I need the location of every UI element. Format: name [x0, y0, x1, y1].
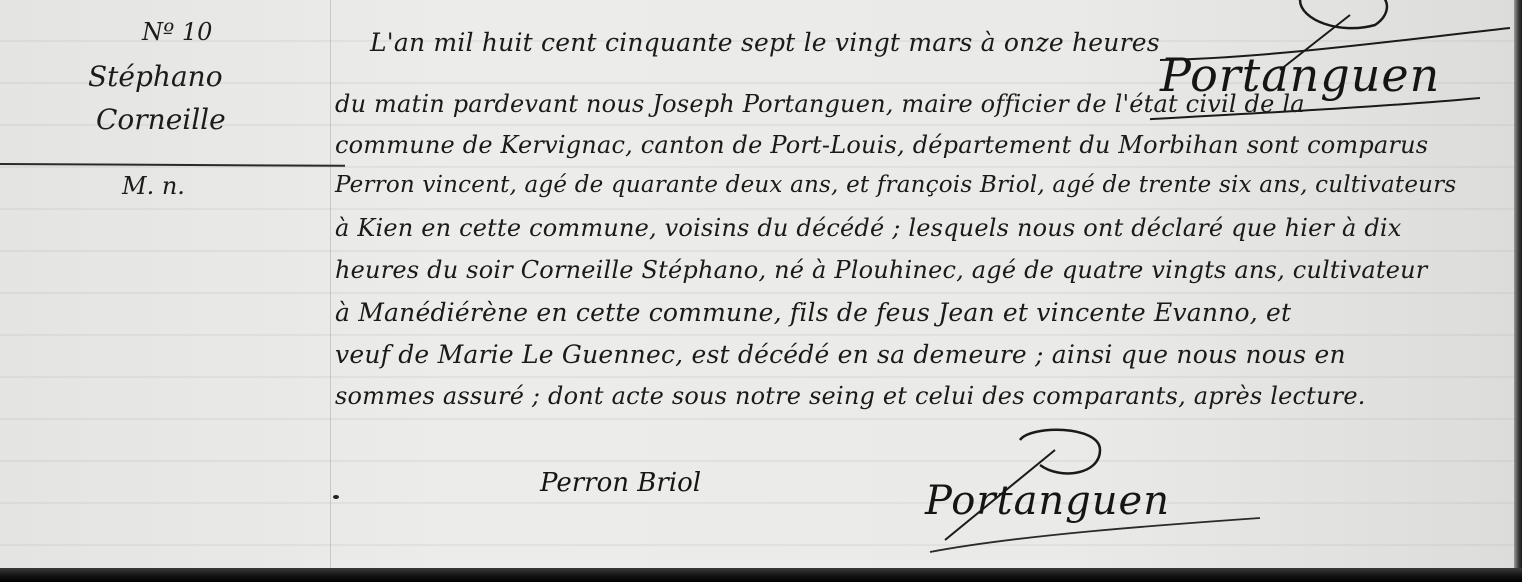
register-page: Nº 10 Stéphano Corneille M. n. L'an mil … — [0, 0, 1522, 582]
scan-right-edge — [1514, 0, 1522, 582]
witness-signatures: Perron Briol — [540, 468, 701, 498]
margin-rule — [330, 0, 331, 568]
scan-bottom-edge — [0, 568, 1522, 582]
act-line-6: heures du soir Corneille Stéphano, né à … — [335, 256, 1427, 284]
margin-mention: M. n. — [122, 172, 185, 200]
act-line-1: L'an mil huit cent cinquante sept le vin… — [370, 28, 1160, 57]
mayor-signature: Portanguen — [925, 478, 1170, 524]
margin-signature: Portanguen — [1160, 48, 1440, 102]
act-line-3: commune de Kervignac, canton de Port-Lou… — [335, 131, 1428, 159]
act-line-4: Perron vincent, agé de quarante deux ans… — [335, 172, 1456, 198]
act-line-5: à Kien en cette commune, voisins du décé… — [335, 214, 1402, 242]
act-line-9: sommes assuré ; dont acte sous notre sei… — [335, 382, 1366, 410]
deceased-surname: Corneille — [96, 103, 226, 136]
act-line-7: à Manédiérène en cette commune, fils de … — [335, 298, 1291, 327]
deceased-given-name: Stéphano — [88, 60, 223, 93]
entry-number: Nº 10 — [142, 18, 212, 46]
ink-dot — [333, 495, 339, 499]
act-line-8: veuf de Marie Le Guennec, est décédé en … — [335, 340, 1346, 369]
margin-divider — [0, 163, 345, 167]
